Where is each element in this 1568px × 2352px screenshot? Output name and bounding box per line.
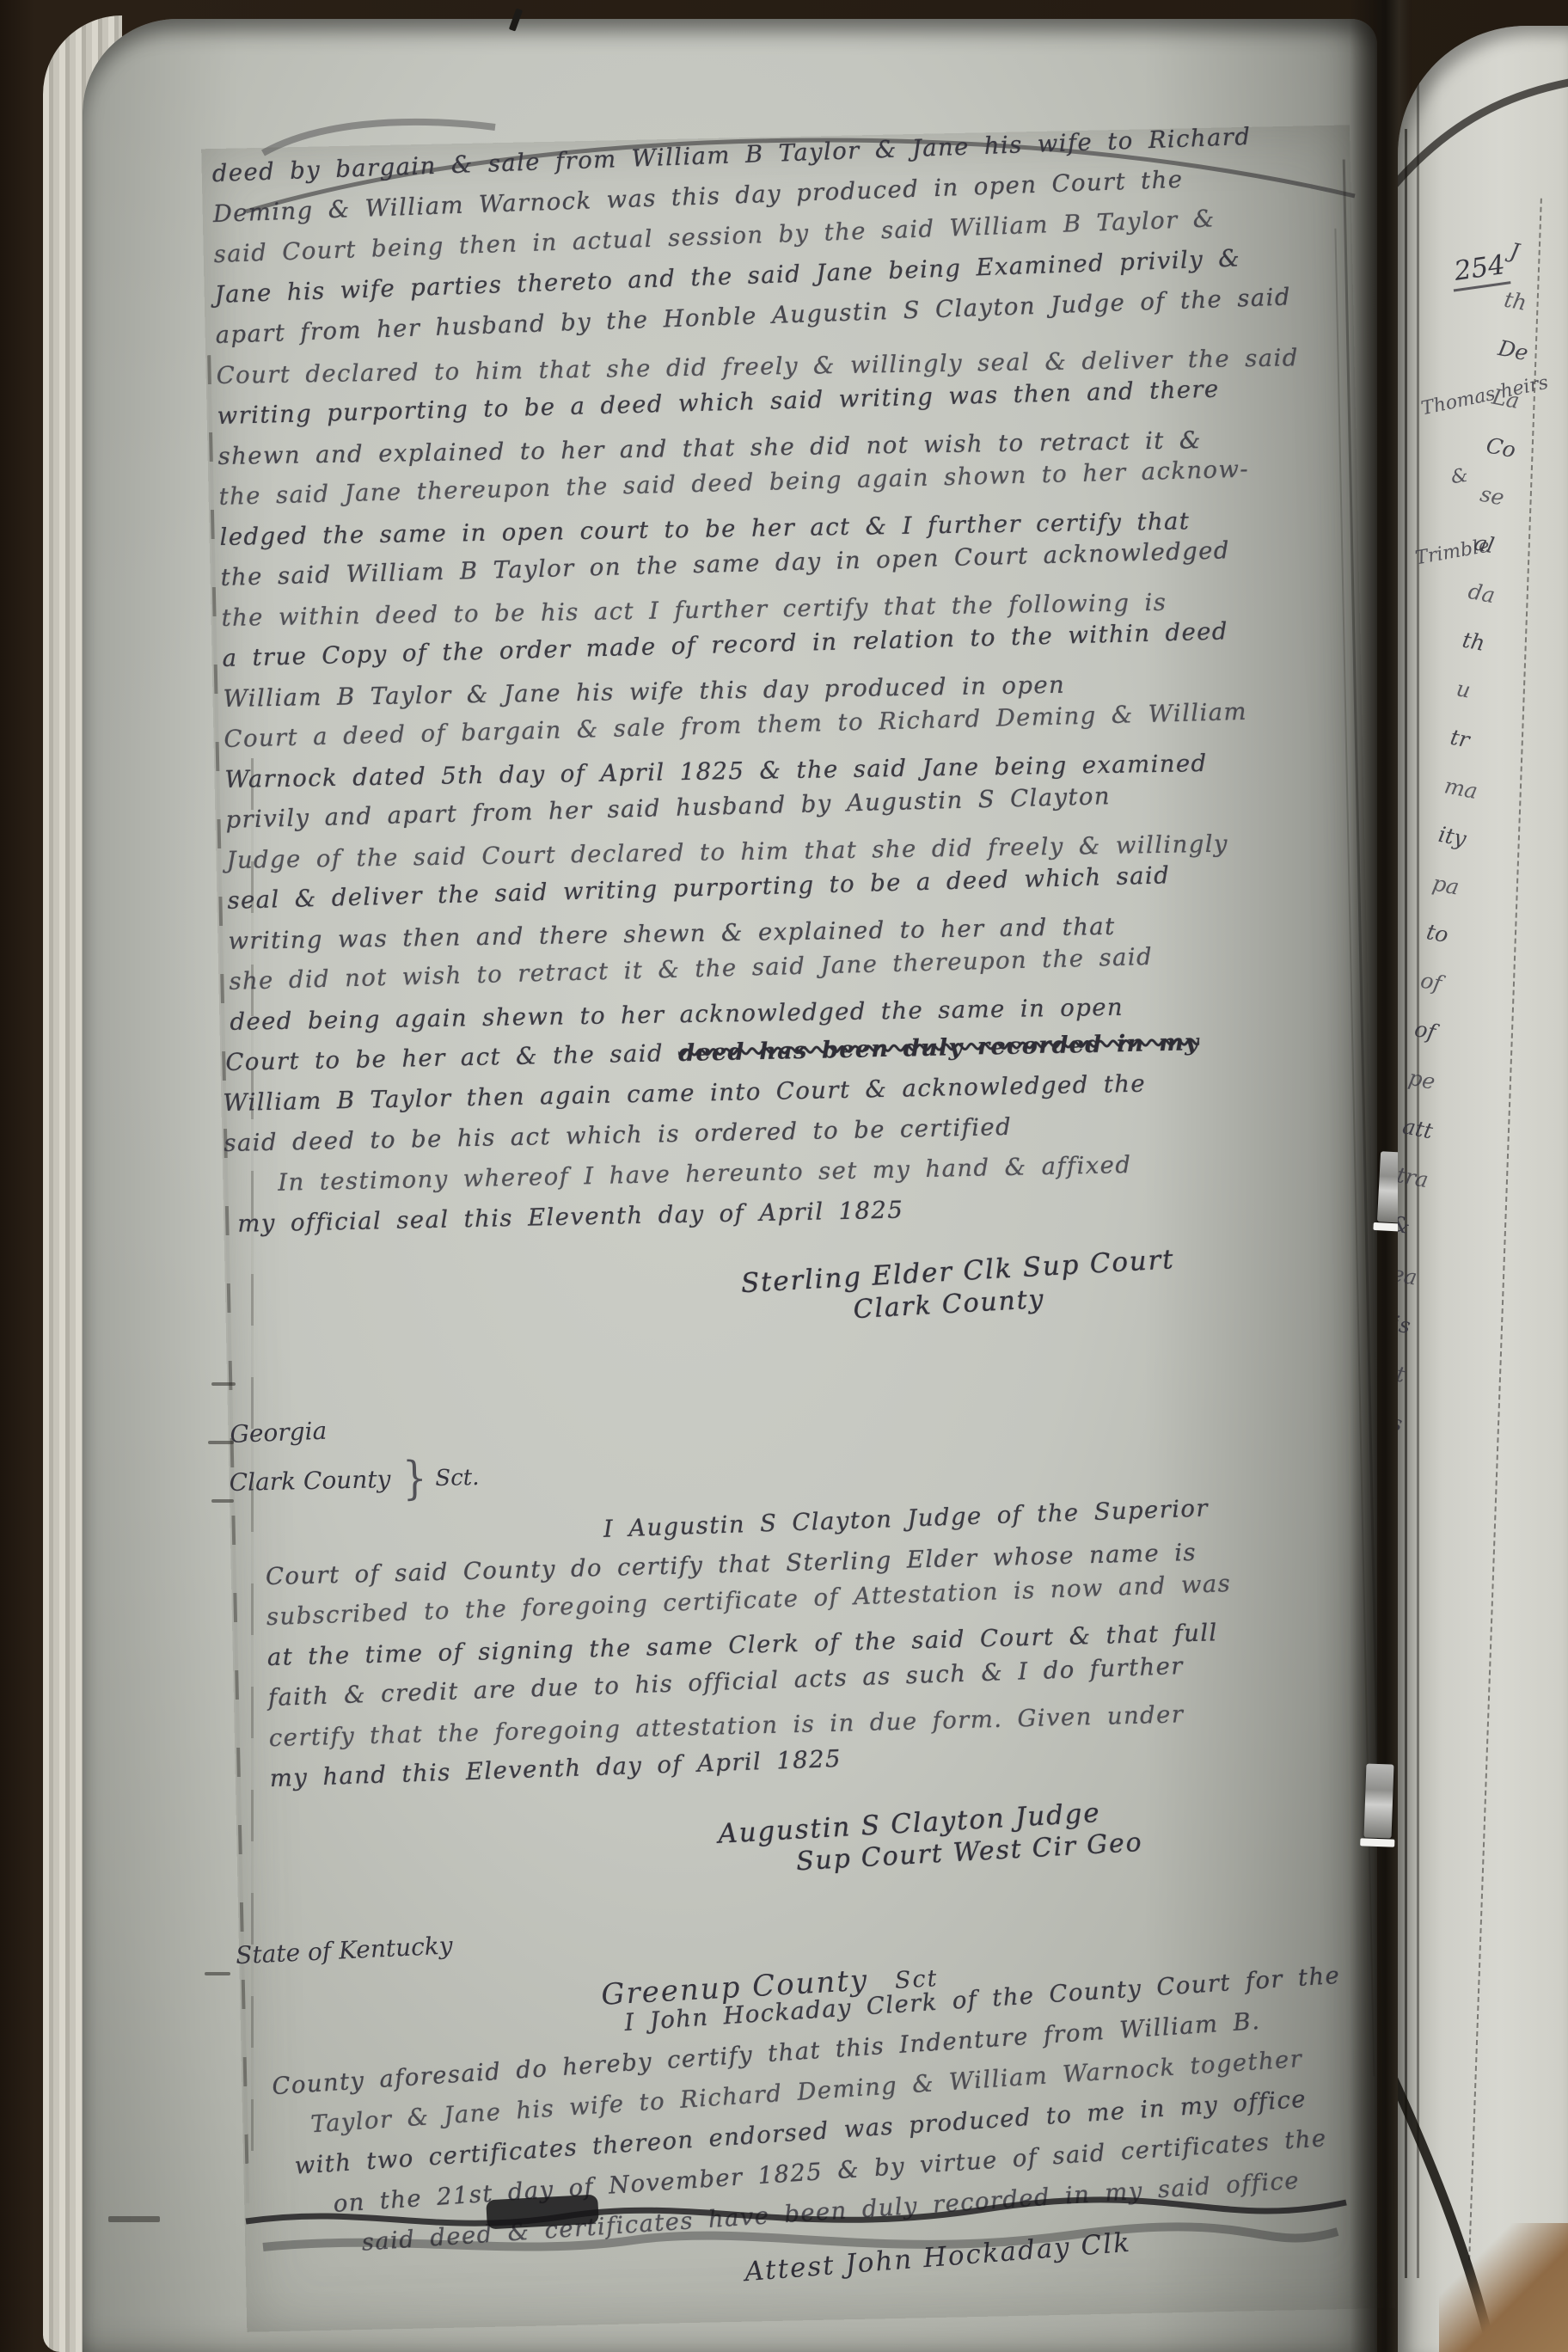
- jurisdiction-state: State of Kentucky: [235, 1931, 453, 1969]
- left-page: deed by bargain & sale from William B Ta…: [83, 19, 1377, 2352]
- jurisdiction-county: Clark County } Sct.: [229, 1455, 480, 1504]
- metal-clip-bottom: [1364, 1763, 1394, 1838]
- judge-signature: Augustin S Clayton Judge Sup Court West …: [718, 1803, 1143, 1872]
- margin-tick: [205, 1972, 230, 1975]
- struck-out-text: deed has been duly recorded in my: [678, 1028, 1200, 1067]
- sct-abbreviation: Sct.: [435, 1464, 480, 1491]
- record-copy-sheet: deed by bargain & sale from William B Ta…: [201, 125, 1395, 2331]
- ink-speck: [509, 8, 523, 31]
- jurisdiction-state: Georgia: [230, 1417, 328, 1449]
- ink-dash: [108, 2216, 160, 2222]
- county-name: Clark County: [229, 1465, 390, 1497]
- brace-glyph: }: [402, 1452, 427, 1505]
- manuscript-line: Court to be her act & the said: [225, 1039, 678, 1076]
- margin-note-line: &: [1449, 465, 1469, 488]
- text-fragment: Geo: [1398, 1783, 1400, 1846]
- clerk-certificate-lines-continued: William B Taylor then again came into Co…: [223, 1064, 1149, 1245]
- recording-certificate-lines: I John Hockaday Clerk of the County Cour…: [254, 1956, 1355, 2269]
- clerk-signature: Sterling Elder Clk Sup Court Clark Count…: [740, 1252, 1175, 1322]
- book-photo-background: deed by bargain & sale from William B Ta…: [0, 0, 1568, 2352]
- judge-attestation-lines: I Augustin S Clayton Judge of the Superi…: [242, 1497, 1234, 1800]
- clerk-certificate-lines: deed by bargain & sale from William B Ta…: [211, 132, 1313, 1043]
- right-page-top-arc: [1398, 26, 1568, 198]
- clipped-text-fragments: JthDeLaCosealdathutrmaitypatoofofpeatttr…: [1398, 229, 1568, 1989]
- attest-signature: Attest John Hockaday Clk: [744, 2227, 1132, 2288]
- table-corner: [1439, 2223, 1568, 2352]
- page-number: 254: [1449, 249, 1510, 292]
- right-page: 254 Thomas heirs & Trimble JthDeLaCoseal…: [1398, 26, 1568, 2352]
